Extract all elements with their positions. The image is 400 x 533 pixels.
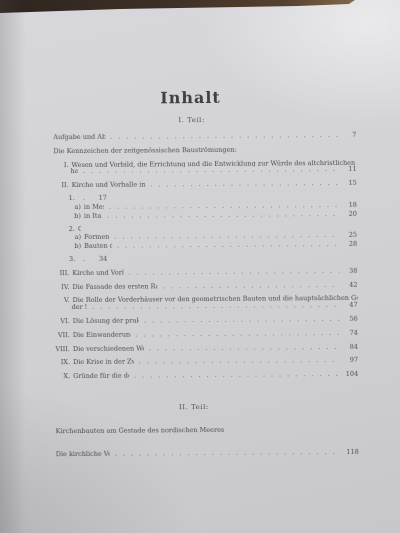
- entry-title: der Schweiz: [72, 304, 88, 311]
- dot-leader: ........................................…: [92, 302, 340, 311]
- entry-page-number: 97: [342, 357, 358, 364]
- entry-page-number: 118: [343, 449, 359, 456]
- part1-heading: I. Teil:: [40, 115, 343, 125]
- entry-title: Formen der Ostkirche: [84, 234, 109, 241]
- toc-entry: 1.Das Kirchen-Vorhallen-System vorromani…: [54, 195, 81, 202]
- entry-title: Bauten der Abendländer: [84, 243, 112, 250]
- entry-page-number: 15: [341, 180, 357, 187]
- entry-page-number: 20: [341, 210, 357, 217]
- dot-leader: ........................................…: [144, 316, 340, 324]
- toc-entry: IV.Die Fassade des ersten Ranges: ihre B…: [54, 281, 357, 290]
- toc-entry: X.Gründe für die deutsche Gestaltung der…: [55, 371, 358, 380]
- dot-leader: ........................................…: [135, 330, 339, 338]
- dot-leader: ........................................…: [114, 232, 339, 241]
- dot-leader: ........................................…: [134, 371, 340, 379]
- entry-title: Die kirchliche Verfassung und ihre Archi…: [56, 451, 110, 458]
- entry-title: Kirche und Vorhalle im oberitalienischen…: [72, 269, 123, 276]
- entry-title: in Mesopotamien: [84, 204, 104, 211]
- toc-entry: a)in Mesopotamien.......................…: [54, 202, 357, 211]
- entry-title: Kirche und Vorhalle in Armenien und die …: [72, 182, 146, 189]
- entry-title: Die Kennzeichen der zeitgenössischen Bau…: [53, 147, 236, 155]
- entry-title: halle): [71, 168, 78, 175]
- table-of-contents-page: Inhalt I. Teil: Aufgabe und Abgrenzung d…: [52, 0, 359, 458]
- toc-entry: 2.Gestalt und Schmuck der romanischen Ze…: [54, 225, 81, 232]
- toc-entry: III.Kirche und Vorhalle im oberitalienis…: [54, 268, 357, 277]
- entry-number: II.: [54, 182, 69, 189]
- toc-entry: Kirchenbauten am Gestade des nordischen …: [56, 426, 359, 435]
- entry-title: Gestalt und Schmuck der romanischen Zeit…: [78, 225, 81, 232]
- part2-heading: II. Teil:: [42, 402, 345, 412]
- entry-page-number: 56: [342, 316, 358, 323]
- entry-number: 2.: [66, 226, 75, 233]
- dot-leader: ........................................…: [83, 256, 89, 263]
- book-page-photo: Inhalt I. Teil: Aufgabe und Abgrenzung d…: [0, 0, 400, 533]
- toc-entry: VIII.Die verschiedenen Wege der kirchlic…: [55, 343, 358, 352]
- entry-number: VI.: [55, 318, 70, 325]
- toc-entry: Aufgabe und Abgrenzung der Untersuchung.…: [53, 132, 356, 141]
- entry-page-number: 84: [342, 343, 358, 350]
- entry-page-number: 18: [341, 202, 357, 209]
- entry-page-number: 17: [91, 195, 107, 202]
- toc-entry: 3.Die Vorhalle als Glied des einheitlich…: [54, 256, 81, 263]
- entry-number: a): [72, 234, 81, 241]
- entry-page-number: 74: [342, 330, 358, 337]
- entry-title: Die verschiedenen Wege der kirchlichen B…: [73, 345, 144, 352]
- dot-leader: ........................................…: [109, 202, 339, 211]
- toc-part1-list: Aufgabe und Abgrenzung der Untersuchung.…: [53, 132, 358, 380]
- toc-entry: a)Formen der Ostkirche..................…: [54, 232, 357, 241]
- entry-title: in Italien selbst: [84, 212, 102, 219]
- entry-number: b): [72, 213, 81, 220]
- dot-leader: ........................................…: [110, 132, 338, 141]
- dot-leader: ........................................…: [117, 241, 339, 250]
- dot-leader: ........................................…: [107, 211, 339, 220]
- entry-title: Die Fassade des ersten Ranges: ihre Bede…: [72, 283, 157, 290]
- entry-page-number: 104: [342, 371, 358, 378]
- entry-number: 3.: [66, 256, 75, 263]
- toc-entry: b)in Italien selbst.....................…: [54, 210, 357, 219]
- toc-entry: Die kirchliche Verfassung und ihre Archi…: [56, 449, 359, 458]
- toc-entry: IX.Die Krise in der Zwischenzeit von Ren…: [55, 357, 358, 366]
- entry-number: I.: [53, 162, 68, 169]
- toc-entry: halle)..................................…: [54, 166, 357, 175]
- entry-page-number: 47: [342, 302, 358, 309]
- entry-page-number: 34: [91, 256, 107, 263]
- toc-entry: VII.Die Einwanderung der Mönche in die V…: [55, 330, 358, 339]
- entry-title: Kirchenbauten am Gestade des nordischen …: [56, 427, 225, 435]
- entry-number: VII.: [55, 332, 70, 339]
- entry-page-number: 11: [341, 166, 357, 173]
- entry-number: VIII.: [55, 346, 70, 353]
- dot-leader: ........................................…: [83, 166, 339, 175]
- entry-number: 1.: [66, 195, 75, 202]
- entry-page-number: 38: [341, 268, 357, 275]
- entry-number: a): [72, 204, 81, 211]
- page-left-shadow: [0, 0, 26, 533]
- entry-number: V.: [55, 297, 70, 304]
- entry-title: Aufgabe und Abgrenzung der Untersuchung: [53, 134, 105, 141]
- dot-leader: ........................................…: [150, 180, 339, 188]
- entry-number: X.: [55, 373, 70, 380]
- page-title: Inhalt: [39, 87, 342, 108]
- dot-leader: ........................................…: [83, 195, 89, 202]
- toc-entry: b)Bauten der Abendländer................…: [54, 241, 357, 250]
- dot-leader: ........................................…: [149, 344, 340, 352]
- dot-leader: ........................................…: [128, 268, 339, 276]
- entry-title: Die Krise in der Zwischenzeit von Renais…: [73, 359, 134, 366]
- entry-page-number: 7: [340, 132, 356, 139]
- dot-leader: ........................................…: [139, 357, 340, 365]
- toc-entry: II.Kirche und Vorhalle in Armenien und d…: [54, 180, 357, 189]
- dot-leader: ........................................…: [115, 449, 341, 458]
- toc-entry: VI.Die Lösung der praktischen Fragen in …: [55, 316, 358, 325]
- toc-entry: der Schweiz.............................…: [55, 302, 358, 311]
- entry-page-number: 42: [341, 281, 357, 288]
- entry-page-number: 28: [341, 241, 357, 248]
- toc-entry: Die Kennzeichen der zeitgenössischen Bau…: [53, 146, 356, 155]
- entry-number: III.: [54, 270, 69, 277]
- entry-number: b): [72, 243, 81, 250]
- entry-title: Gründe für die deutsche Gestaltung der W…: [73, 373, 129, 380]
- entry-title: Die Lösung der praktischen Fragen in Rom…: [73, 318, 139, 325]
- toc-part2-list: Kirchenbauten am Gestade des nordischen …: [56, 426, 359, 458]
- entry-page-number: 25: [341, 232, 357, 239]
- entry-title: Die Einwanderung der Mönche in die Vorha…: [73, 331, 131, 338]
- entry-number: IX.: [55, 360, 70, 367]
- entry-number: IV.: [54, 284, 69, 291]
- dot-leader: ........................................…: [163, 282, 340, 290]
